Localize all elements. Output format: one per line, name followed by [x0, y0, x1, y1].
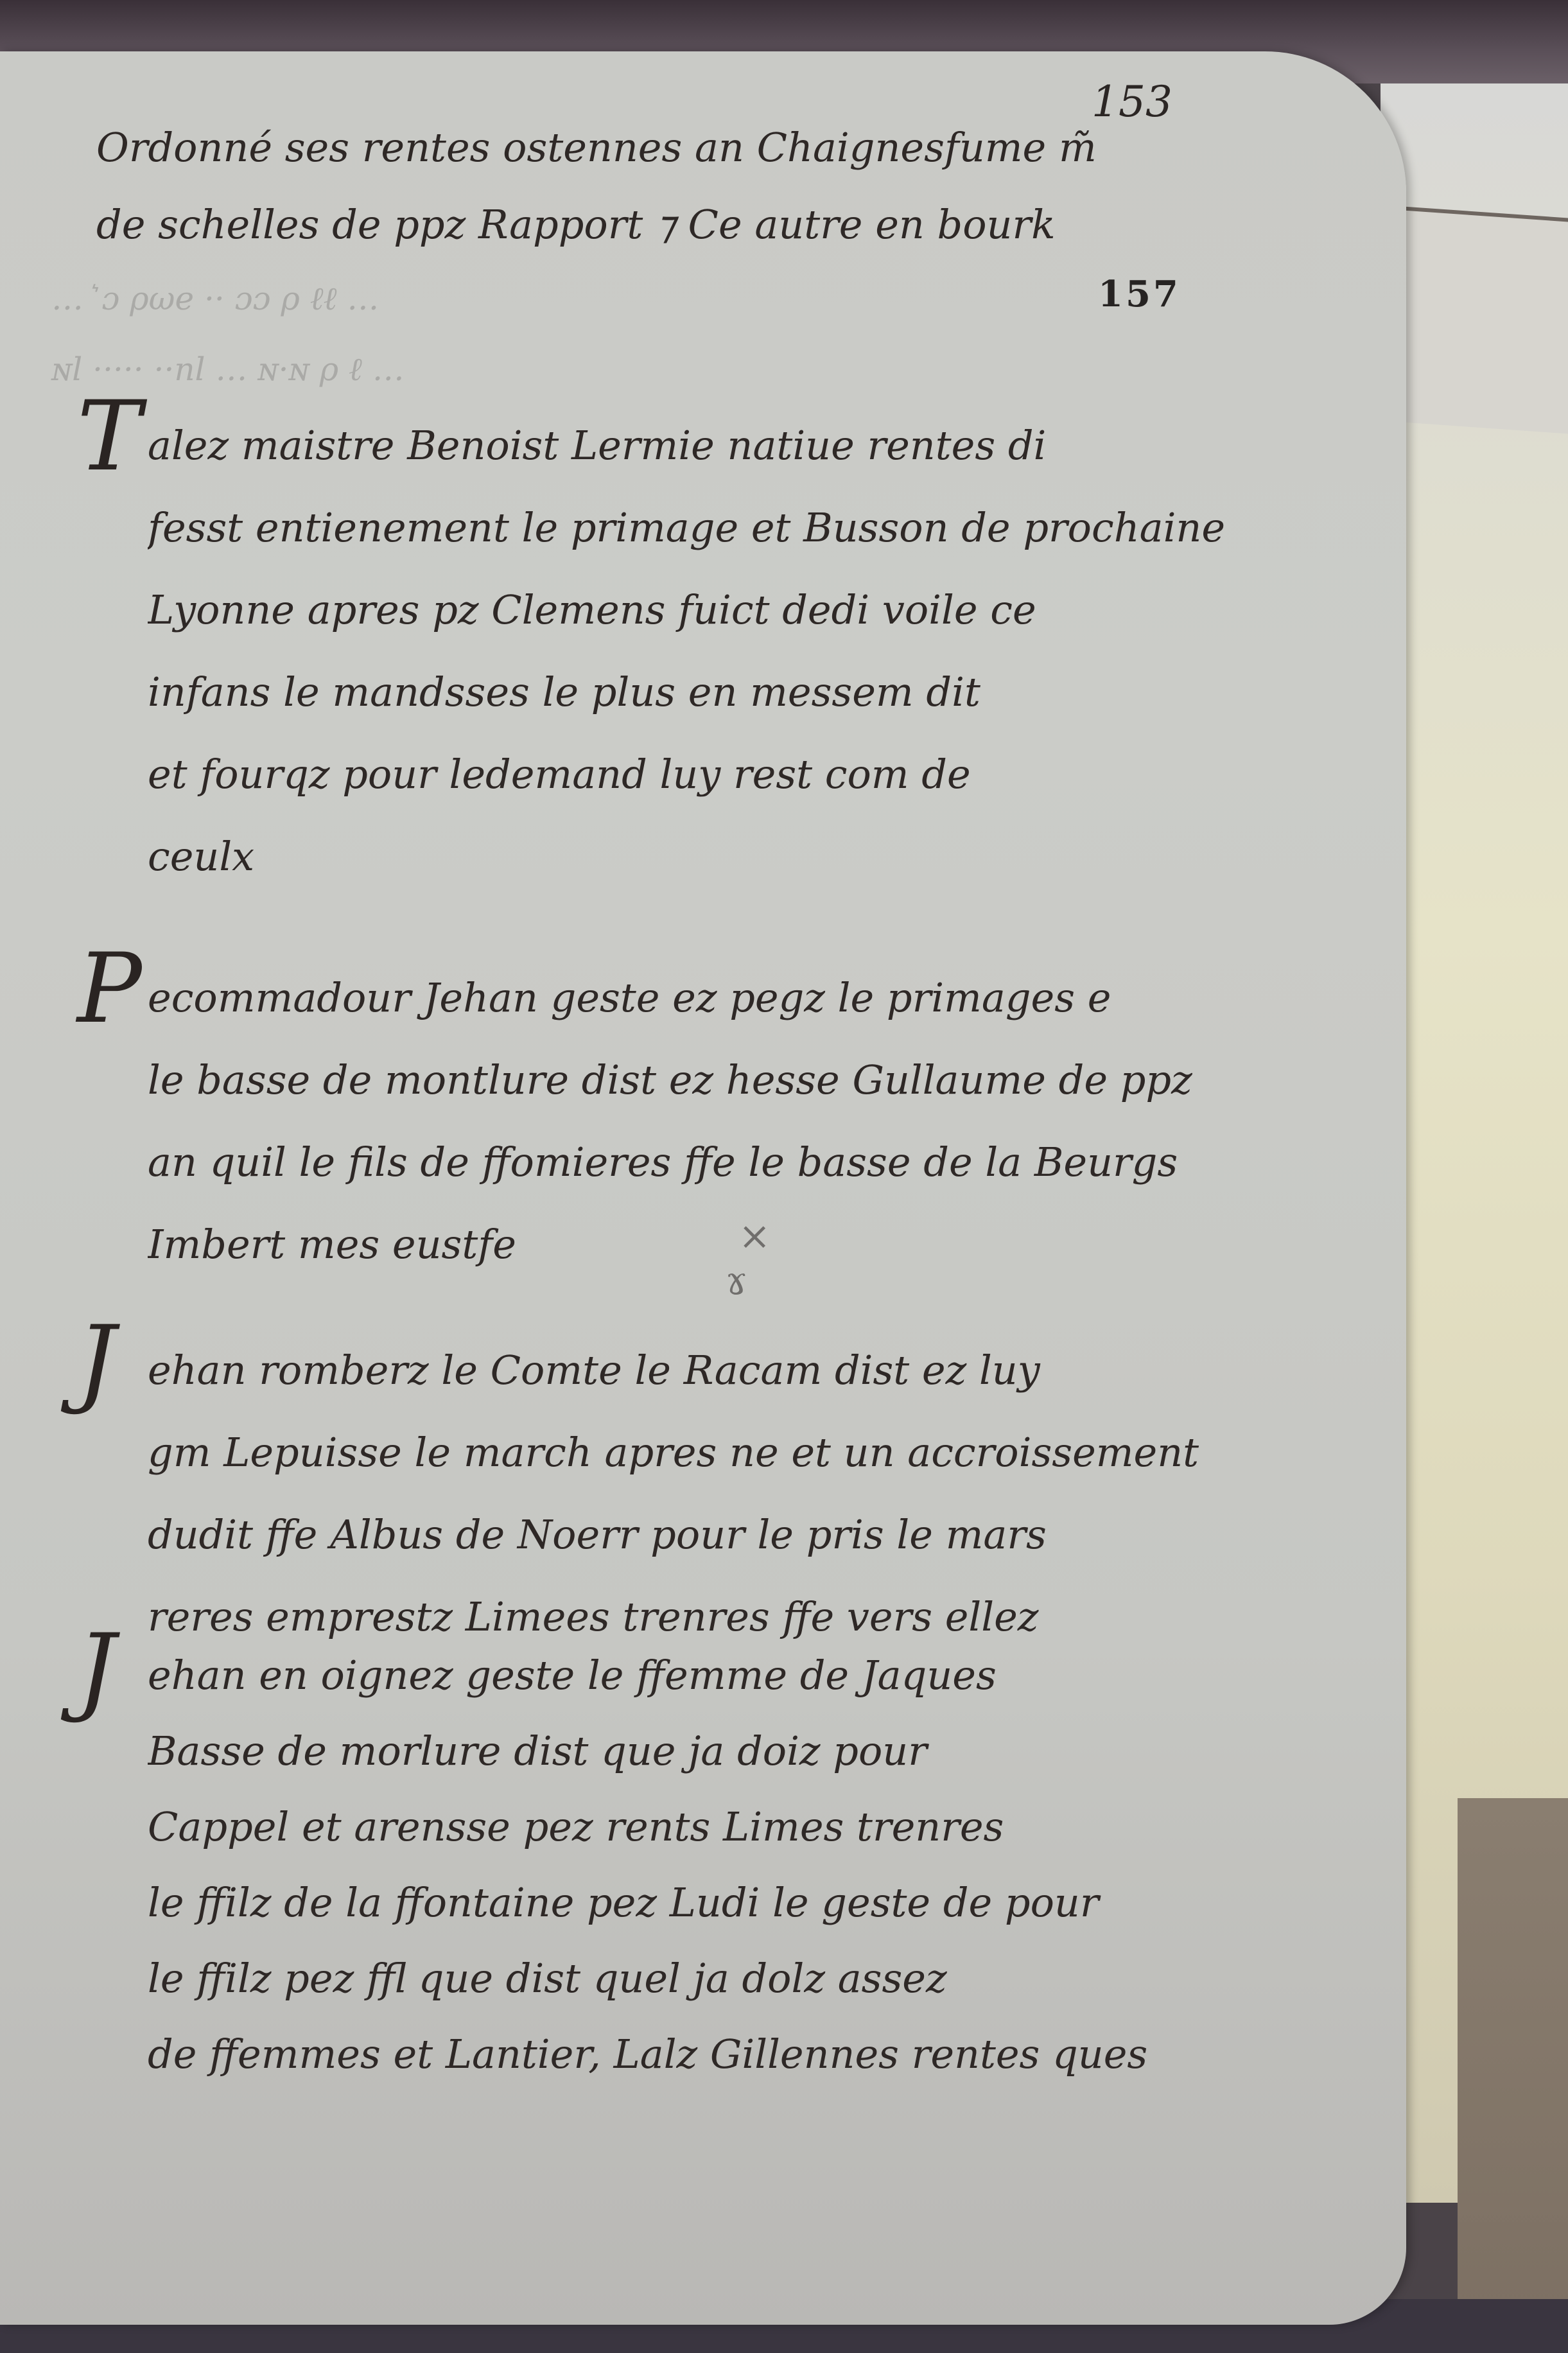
text-line: dudit ffe Albus de Noerr pour le pris le…	[148, 1494, 1368, 1576]
text-line: Ordonné ses rentes ostennes an Chaignesf…	[96, 109, 1368, 186]
decorated-initial: J	[77, 1638, 116, 1702]
text-line: ecommadour Jehan geste ez pegz le primag…	[148, 957, 1368, 1039]
text-line: alez maistre Benoist Lermie natiue rente…	[148, 405, 1368, 487]
entry-heading: Ordonné ses rentes ostennes an Chaignesf…	[96, 109, 1368, 263]
entry-3: J ehan romberz le Comte le Racam dist ez…	[148, 1329, 1368, 1658]
text-line: infans le mandsses le plus en messem dit	[148, 651, 1368, 733]
text-line: le ffilz de la ffontaine pez Ludi le ges…	[148, 1865, 1368, 1941]
text-line: le basse de montlure dist ez hesse Gulla…	[148, 1039, 1368, 1121]
margin-mark: ɤ	[726, 1259, 747, 1304]
text-line: an quil le fils de ffomieres ffe le bass…	[148, 1121, 1368, 1203]
text-line: ceulx	[148, 816, 1368, 898]
entry-1: T alez maistre Benoist Lermie natiue ren…	[148, 405, 1368, 898]
margin-mark: ×	[738, 1214, 771, 1259]
text-line: ehan romberz le Comte le Racam dist ez l…	[148, 1329, 1368, 1412]
bleed-line: … ͛ ɔ ρωe ·· ɔɔ ρ ℓℓ …	[51, 263, 1079, 334]
text-line: le ffilz pez ffl que dist quel ja dolz a…	[148, 1941, 1368, 2016]
decorated-initial: P	[77, 957, 142, 1021]
background-folded-paper	[1393, 206, 1568, 433]
text-line: Basse de morlure dist que ja doiz pour	[148, 1713, 1368, 1789]
bleed-line: ɴl ····· ··nl … ɴ·ɴ ρ ℓ …	[51, 334, 1079, 405]
background-binding	[1458, 1798, 1568, 2353]
text-line: et fourqz pour ledemand luy rest com de	[148, 733, 1368, 816]
entry-4: J ehan en oignez geste le ffemme de Jaqu…	[148, 1638, 1368, 2092]
text-line: gm Lepuisse le march apres ne et un accr…	[148, 1412, 1368, 1494]
text-line: Cappel et arensse pez rents Limes trenre…	[148, 1789, 1368, 1865]
text-line: de ffemmes et Lantier, Lalz Gillennes re…	[148, 2016, 1368, 2092]
text-line: de schelles de ppz Rapport ⁊ Ce autre en…	[96, 186, 1368, 263]
text-line: ehan en oignez geste le ffemme de Jaques	[148, 1638, 1368, 1713]
decorated-initial: T	[77, 405, 141, 469]
manuscript-page: 153 157 … ͛ ɔ ρωe ·· ɔɔ ρ ℓℓ … ɴl ····· …	[0, 51, 1406, 2325]
text-line: fesst entienement le primage et Busson d…	[148, 487, 1368, 569]
bleed-through-text: … ͛ ɔ ρωe ·· ɔɔ ρ ℓℓ … ɴl ····· ··nl … ɴ…	[51, 263, 1079, 405]
folio-number-stamped: 157	[1098, 273, 1181, 315]
text-line: Lyonne apres pz Clemens fuict dedi voile…	[148, 569, 1368, 651]
decorated-initial: J	[77, 1329, 116, 1394]
